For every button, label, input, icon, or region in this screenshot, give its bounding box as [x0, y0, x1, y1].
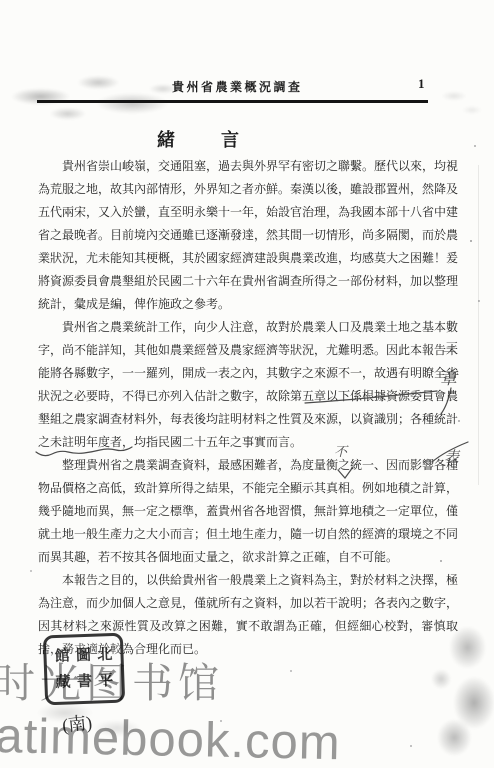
- stamp-character: 館: [51, 643, 73, 670]
- paragraph-introduction: 貴州省崇山峻嶺，交通阻塞，過去與外界罕有密切之聯繫。歷代以來，均視為荒服之地，故…: [38, 155, 458, 316]
- page-fold-line: [478, 165, 479, 485]
- header-rule: [37, 100, 428, 103]
- stamp-character: 書: [73, 669, 95, 696]
- scan-smudge-header-right: [430, 80, 490, 120]
- paragraph-statistics-work: 貴州省之農業統計工作，向少人注意，故對於農業人口及農業土地之基本數字，尚不能詳知…: [38, 316, 458, 454]
- section-title-char-1: 緒: [157, 130, 175, 150]
- library-stamp: 館 圖 北 藏 書 平: [43, 633, 125, 706]
- watermark-domain: atimebook.com: [0, 708, 341, 768]
- stamp-character: 圖: [72, 643, 94, 670]
- section-title: 緒言: [157, 126, 239, 152]
- scan-specks: [470, 240, 472, 242]
- paragraph-survey-difficulties: 整理貴州省之農業調查資料，最感困難者，為度量衡之統一、因而影響各種物品價格之高低…: [38, 454, 458, 569]
- stamp-character: 北: [94, 642, 116, 669]
- section-title-char-2: 言: [221, 130, 239, 150]
- stamp-character: 藏: [52, 669, 74, 696]
- stamp-character: 平: [95, 668, 117, 695]
- library-stamp-characters: 館 圖 北 藏 書 平: [51, 642, 117, 696]
- location-mark: (南): [61, 709, 94, 738]
- page-number: 1: [418, 76, 425, 92]
- running-header-title: 貴州省農業概況調查: [172, 78, 303, 95]
- scan-smudge-header: [10, 68, 180, 120]
- document-body: 貴州省崇山峻嶺，交通阻塞，過去與外界罕有密切之聯繫。歷代以來，均視為荒服之地，故…: [38, 155, 458, 661]
